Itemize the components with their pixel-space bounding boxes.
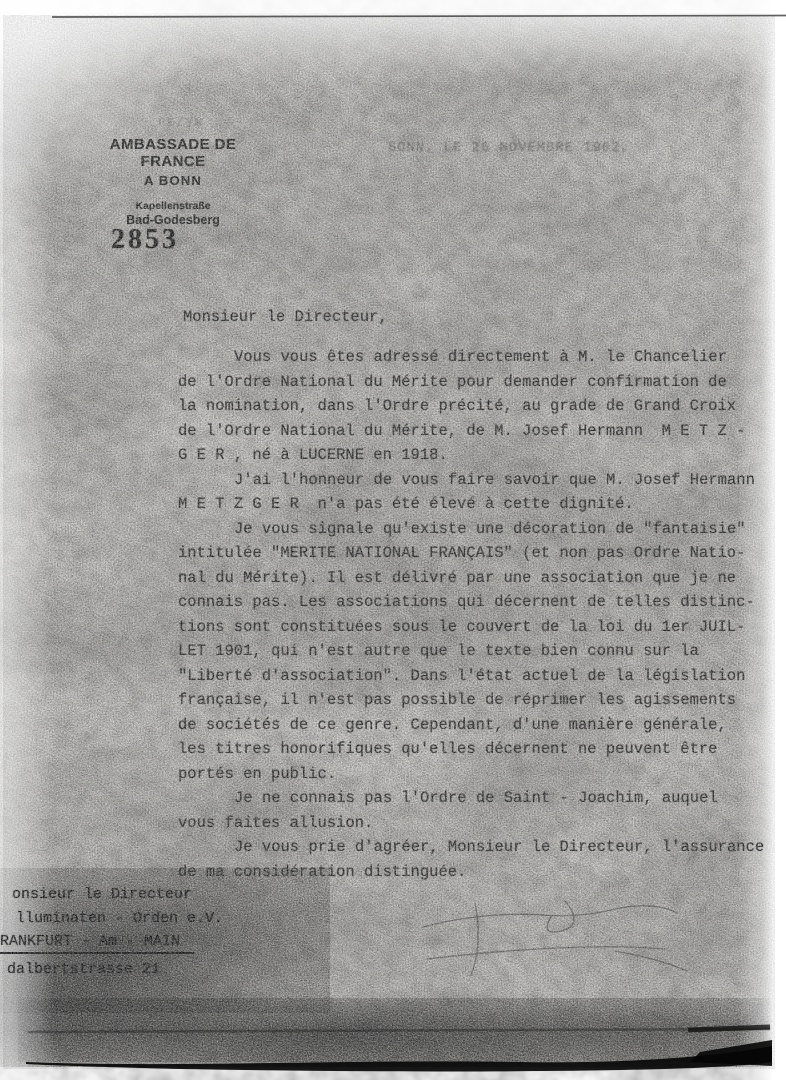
- letterhead-street: Kapellenstraße: [76, 200, 270, 212]
- recipient-line-1: onsieur le Directeur: [12, 886, 192, 903]
- handwritten-signature: [415, 875, 775, 990]
- paragraph-1: Vous vous êtes adressé directement à M. …: [178, 345, 778, 468]
- recipient-line-3: RANKFURT - Am - MAIN: [0, 933, 194, 954]
- recipient-line-4: dalbertstrasse 21: [7, 961, 160, 978]
- scanned-letter-page: PE/YN AMBASSADE DE FRANCE A BONN Kapelle…: [0, 0, 786, 1080]
- dateline: BONN, LE 26 NOVEMBRE 1962,: [388, 137, 630, 162]
- recipient-line-2: lluminaten - Orden e.V.: [16, 910, 223, 927]
- letter-body: Vous vous êtes adressé directement à M. …: [178, 345, 778, 884]
- paragraph-3: Je vous signale qu'existe une décoration…: [178, 517, 778, 787]
- registration-number: 2853: [111, 224, 179, 256]
- letterhead-organization: AMBASSADE DE FRANCE: [76, 136, 270, 170]
- paragraph-2: J'ai l'honneur de vous faire savoir que …: [178, 468, 778, 517]
- paragraph-4: Je ne connais pas l'Ordre de Saint - Joa…: [178, 786, 778, 835]
- letterhead-city: A BONN: [76, 173, 270, 188]
- salutation: Monsieur le Directeur,: [183, 305, 388, 330]
- letterhead: AMBASSADE DE FRANCE A BONN Kapellenstraß…: [76, 136, 270, 227]
- reference-code: PE/YN: [158, 111, 204, 136]
